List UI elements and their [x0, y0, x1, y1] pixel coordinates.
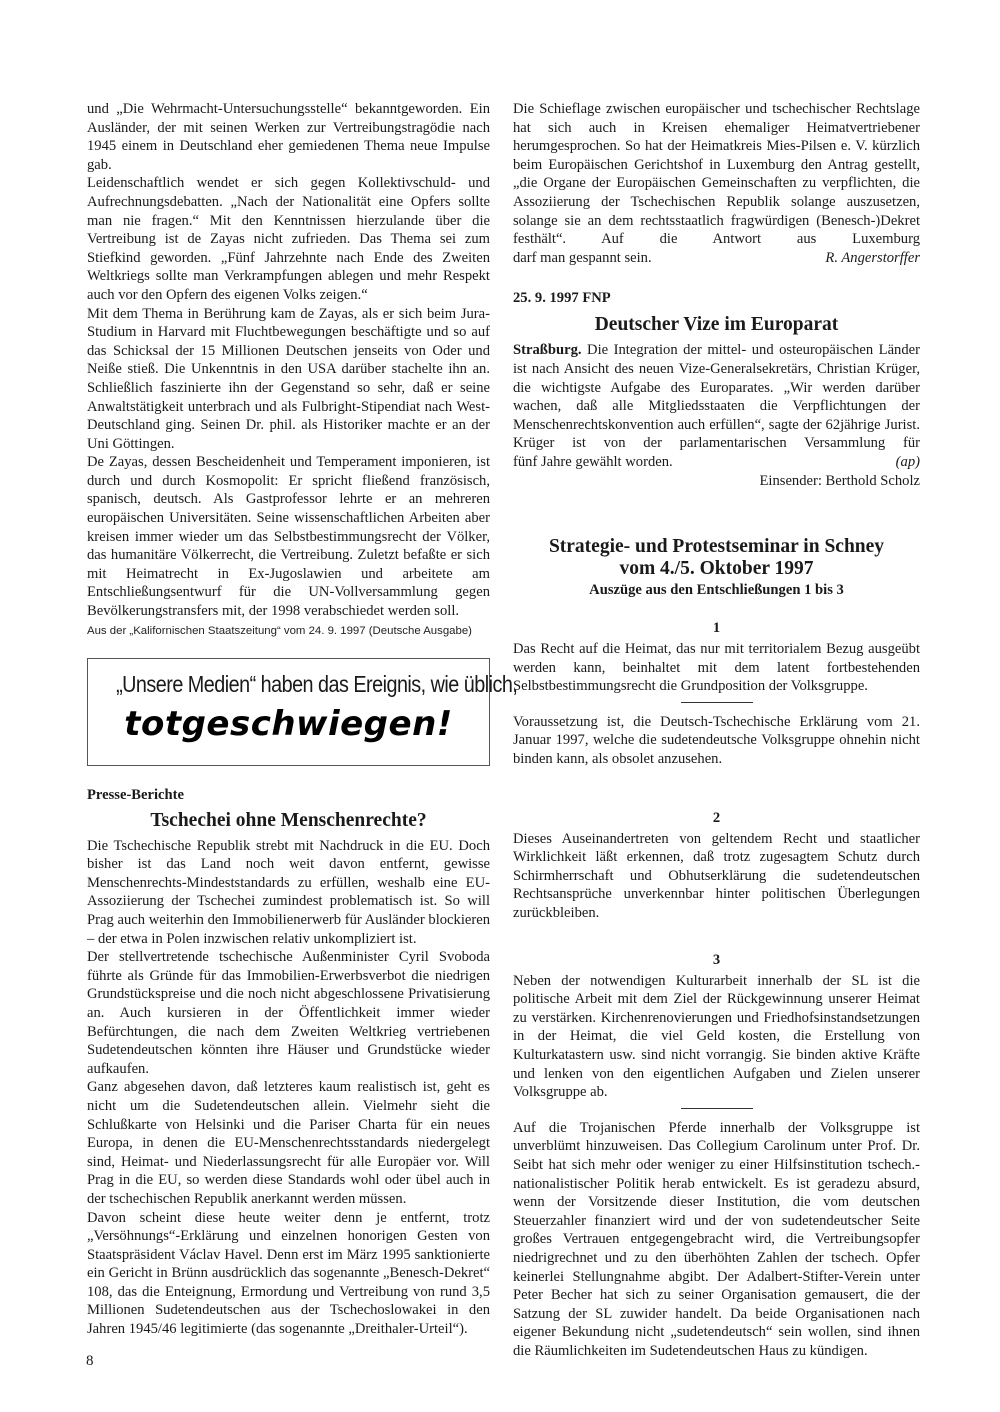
resolution-paragraph: Das Recht auf die Heimat, das nur mit te… [513, 640, 920, 696]
body-paragraph: Straßburg. Die Integration der mittel- u… [513, 341, 920, 453]
agency-row: fünf Jahre gewählt worden. (ap) [513, 453, 920, 472]
body-paragraph: und „Die Wehrmacht-Untersuchungsstelle“ … [87, 100, 490, 174]
callout-line-1: „Unsere Medien“ haben das Ereignis, wie … [116, 671, 461, 698]
body-paragraph: Leidenschaftlich wendet er sich gegen Ko… [87, 174, 490, 304]
article-headline: Tschechei ohne Menschenrechte? [87, 809, 490, 833]
right-column: Die Schieflage zwischen europäischer und… [513, 100, 920, 1361]
resolution-paragraph: Dieses Auseinandertreten von geltendem R… [513, 830, 920, 923]
callout-box: „Unsere Medien“ haben das Ereignis, wie … [87, 658, 490, 766]
source-note: Aus der „Kalifornischen Staatszeitung“ v… [87, 623, 490, 639]
seminar-title-line-2: vom 4./5. Oktober 1997 [513, 558, 920, 580]
seminar-subtitle: Auszüge aus den Entschließungen 1 bis 3 [513, 581, 920, 599]
page-number: 8 [86, 1353, 94, 1370]
callout-line-2: totgeschwiegen! [88, 704, 489, 744]
divider-rule [681, 702, 753, 703]
article-body: Die Integration der mittel- und osteurop… [513, 342, 920, 451]
body-last-line: darf man gespannt sein. [513, 249, 652, 268]
resolution-paragraph: Neben der notwendigen Kulturarbeit inner… [513, 972, 920, 1102]
resolution-number: 3 [513, 951, 920, 969]
resolution-paragraph: Auf die Trojanischen Pferde innerhalb de… [513, 1119, 920, 1361]
article-headline: Deutscher Vize im Europarat [513, 313, 920, 337]
resolution-number: 1 [513, 619, 920, 637]
resolution-paragraph: Voraussetzung ist, die Deutsch-Tschechis… [513, 713, 920, 769]
body-paragraph: Davon scheint diese heute weiter denn je… [87, 1209, 490, 1339]
body-paragraph: Ganz abgesehen davon, daß letzteres kaum… [87, 1078, 490, 1208]
agency-credit: (ap) [896, 453, 920, 472]
body-paragraph: Mit dem Thema in Berührung kam de Zayas,… [87, 305, 490, 454]
body-last-line: fünf Jahre gewählt worden. [513, 453, 673, 472]
signature-row: darf man gespannt sein. R. Angerstorffer [513, 249, 920, 268]
resolution-number: 2 [513, 809, 920, 827]
body-paragraph: Die Schieflage zwischen europäischer und… [513, 100, 920, 249]
body-paragraph: Der stellvertretende tschechische Außenm… [87, 948, 490, 1078]
seminar-title-line-1: Strategie- und Protestseminar in Schney [513, 536, 920, 558]
author-signature: R. Angerstorffer [825, 249, 920, 268]
section-kicker: Presse-Berichte [87, 786, 490, 804]
body-paragraph: Die Tschechische Republik strebt mit Nac… [87, 837, 490, 949]
article-dateline-kicker: 25. 9. 1997 FNP [513, 289, 920, 307]
divider-rule [681, 1108, 753, 1109]
left-column: und „Die Wehrmacht-Untersuchungsstelle“ … [87, 100, 490, 1339]
body-paragraph: De Zayas, dessen Bescheidenheit und Temp… [87, 453, 490, 620]
dateline: Straßburg. [513, 342, 582, 358]
sender-credit: Einsender: Berthold Scholz [513, 472, 920, 491]
